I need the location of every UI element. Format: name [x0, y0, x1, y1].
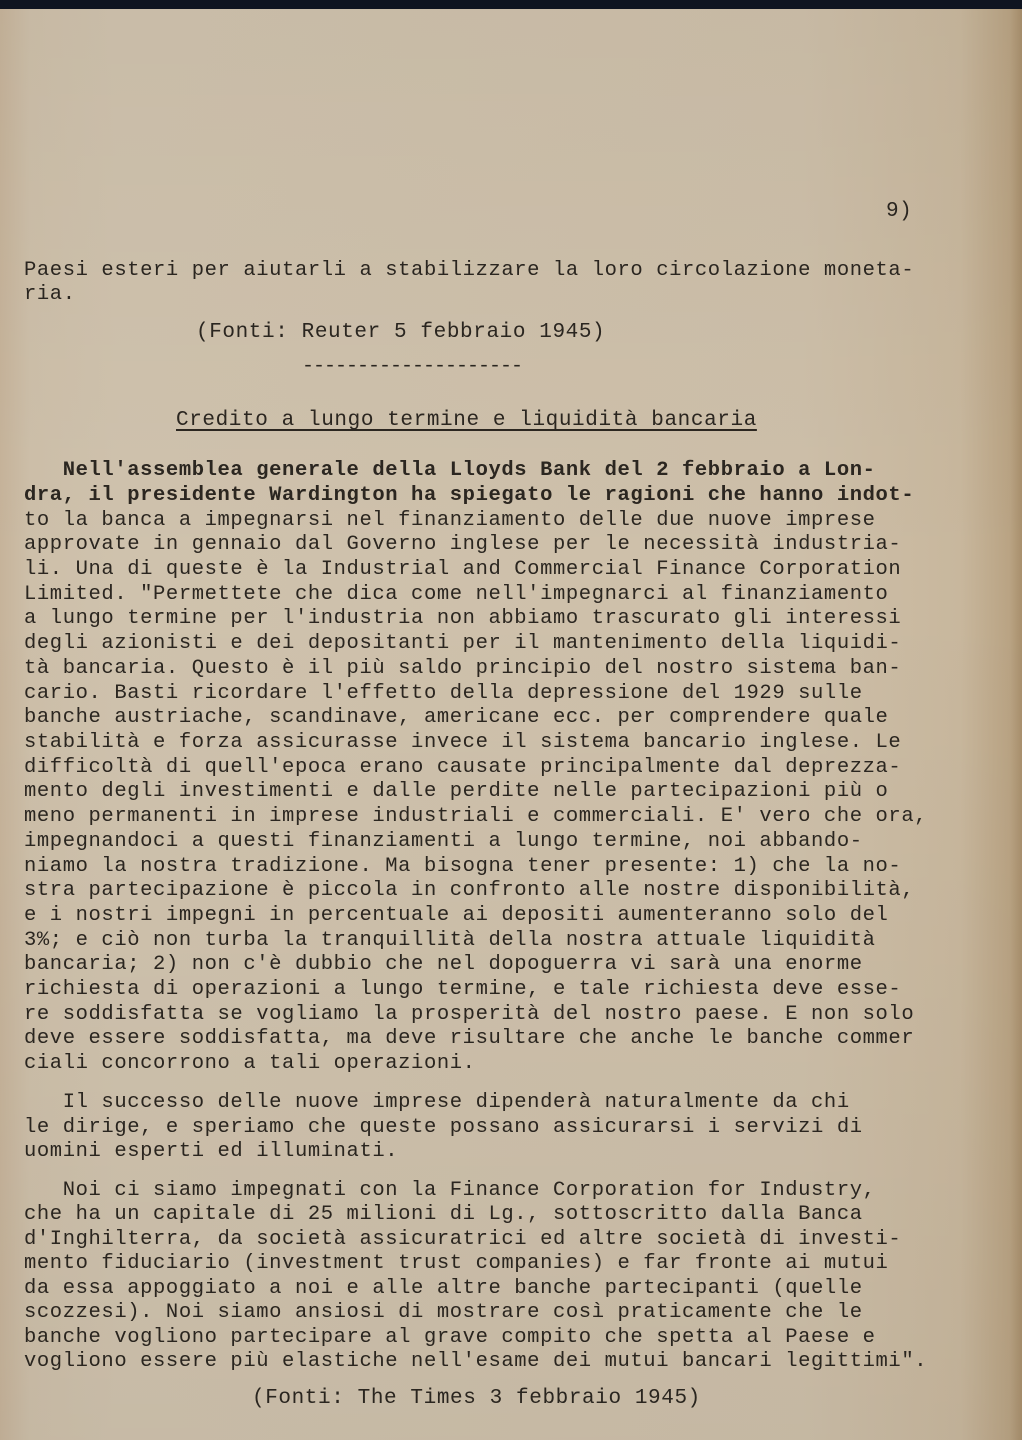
- typewritten-page: 9) Paesi esteri per aiutarli a stabilizz…: [0, 9, 1022, 1440]
- paragraph-line: banche austriache, scandinave, americane…: [24, 706, 888, 730]
- paragraph-line: ciali concorrono a tali operazioni.: [24, 1052, 476, 1076]
- paragraph-line: tà bancaria. Questo è il più saldo princ…: [24, 657, 901, 681]
- paragraph-line: Limited. "Permettete che dica come nell'…: [24, 583, 888, 607]
- paragraph-line: Nell'assemblea generale della Lloyds Ban…: [24, 459, 876, 483]
- paragraph-line: bancaria; 2) non c'è dubbio che nel dopo…: [24, 953, 863, 977]
- paragraph-line: a lungo termine per l'industria non abbi…: [24, 607, 901, 631]
- paragraph-line: dra, il presidente Wardington ha spiegat…: [24, 484, 914, 508]
- paragraph-line: impegnandoci a questi finanziamenti a lu…: [24, 830, 863, 854]
- paragraph-line: richiesta di operazioni a lungo termine,…: [24, 978, 901, 1002]
- paragraph-line: e i nostri impegni in percentuale ai dep…: [24, 904, 888, 928]
- paragraph-line: mento fiduciario (investment trust compa…: [24, 1252, 888, 1276]
- paragraph-line: deve essere soddisfatta, ma deve risulta…: [24, 1027, 914, 1051]
- paragraph-line: re soddisfatta se vogliamo la prosperità…: [24, 1003, 914, 1027]
- paragraph-line: approvate in gennaio dal Governo inglese…: [24, 533, 901, 557]
- page-number: 9): [886, 200, 912, 223]
- paragraph-line: Noi ci siamo impegnati con la Finance Co…: [24, 1179, 876, 1203]
- paragraph-line: 3%; e ciò non turba la tranquillità dell…: [24, 929, 876, 953]
- paragraph-line: li. Una di queste è la Industrial and Co…: [24, 558, 901, 582]
- paragraph-line: le dirige, e speriamo che queste possano…: [24, 1116, 863, 1140]
- paragraph-line: stabilità e forza assicurasse invece il …: [24, 731, 901, 755]
- intro-line: ria.: [24, 283, 76, 307]
- paragraph-line: da essa appoggiato a noi e alle altre ba…: [24, 1277, 863, 1301]
- intro-source-citation: (Fonti: Reuter 5 febbraio 1945): [196, 321, 605, 344]
- paragraph-line: cario. Basti ricordare l'effetto della d…: [24, 682, 863, 706]
- paragraph-line: to la banca a impegnarsi nel finanziamen…: [24, 509, 876, 533]
- paragraph-line: difficoltà di quell'epoca erano causate …: [24, 756, 901, 780]
- paragraph-line: stra partecipazione è piccola in confron…: [24, 879, 914, 903]
- article-heading: Credito a lungo termine e liquidità banc…: [176, 409, 757, 432]
- paragraph-line: vogliono essere più elastiche nell'esame…: [24, 1350, 927, 1374]
- section-separator: --------------------: [302, 355, 522, 378]
- paragraph-line: Il successo delle nuove imprese dipender…: [24, 1091, 850, 1115]
- paragraph-line: niamo la nostra tradizione. Ma bisogna t…: [24, 855, 901, 879]
- paragraph-line: degli azionisti e dei depositanti per il…: [24, 632, 901, 656]
- intro-line: Paesi esteri per aiutarli a stabilizzare…: [24, 259, 914, 283]
- paragraph-line: d'Inghilterra, da società assicuratrici …: [24, 1228, 901, 1252]
- article-source-citation: (Fonti: The Times 3 febbraio 1945): [252, 1387, 701, 1410]
- paragraph-line: che ha un capitale di 25 milioni di Lg.,…: [24, 1203, 863, 1227]
- paragraph-line: uomini esperti ed illuminati.: [24, 1140, 398, 1164]
- paragraph-line: scozzesi). Noi siamo ansiosi di mostrare…: [24, 1301, 863, 1325]
- paragraph-line: mento degli investimenti e dalle perdite…: [24, 780, 888, 804]
- paragraph-line: banche vogliono partecipare al grave com…: [24, 1326, 876, 1350]
- paragraph-line: meno permanenti in imprese industriali e…: [24, 805, 927, 829]
